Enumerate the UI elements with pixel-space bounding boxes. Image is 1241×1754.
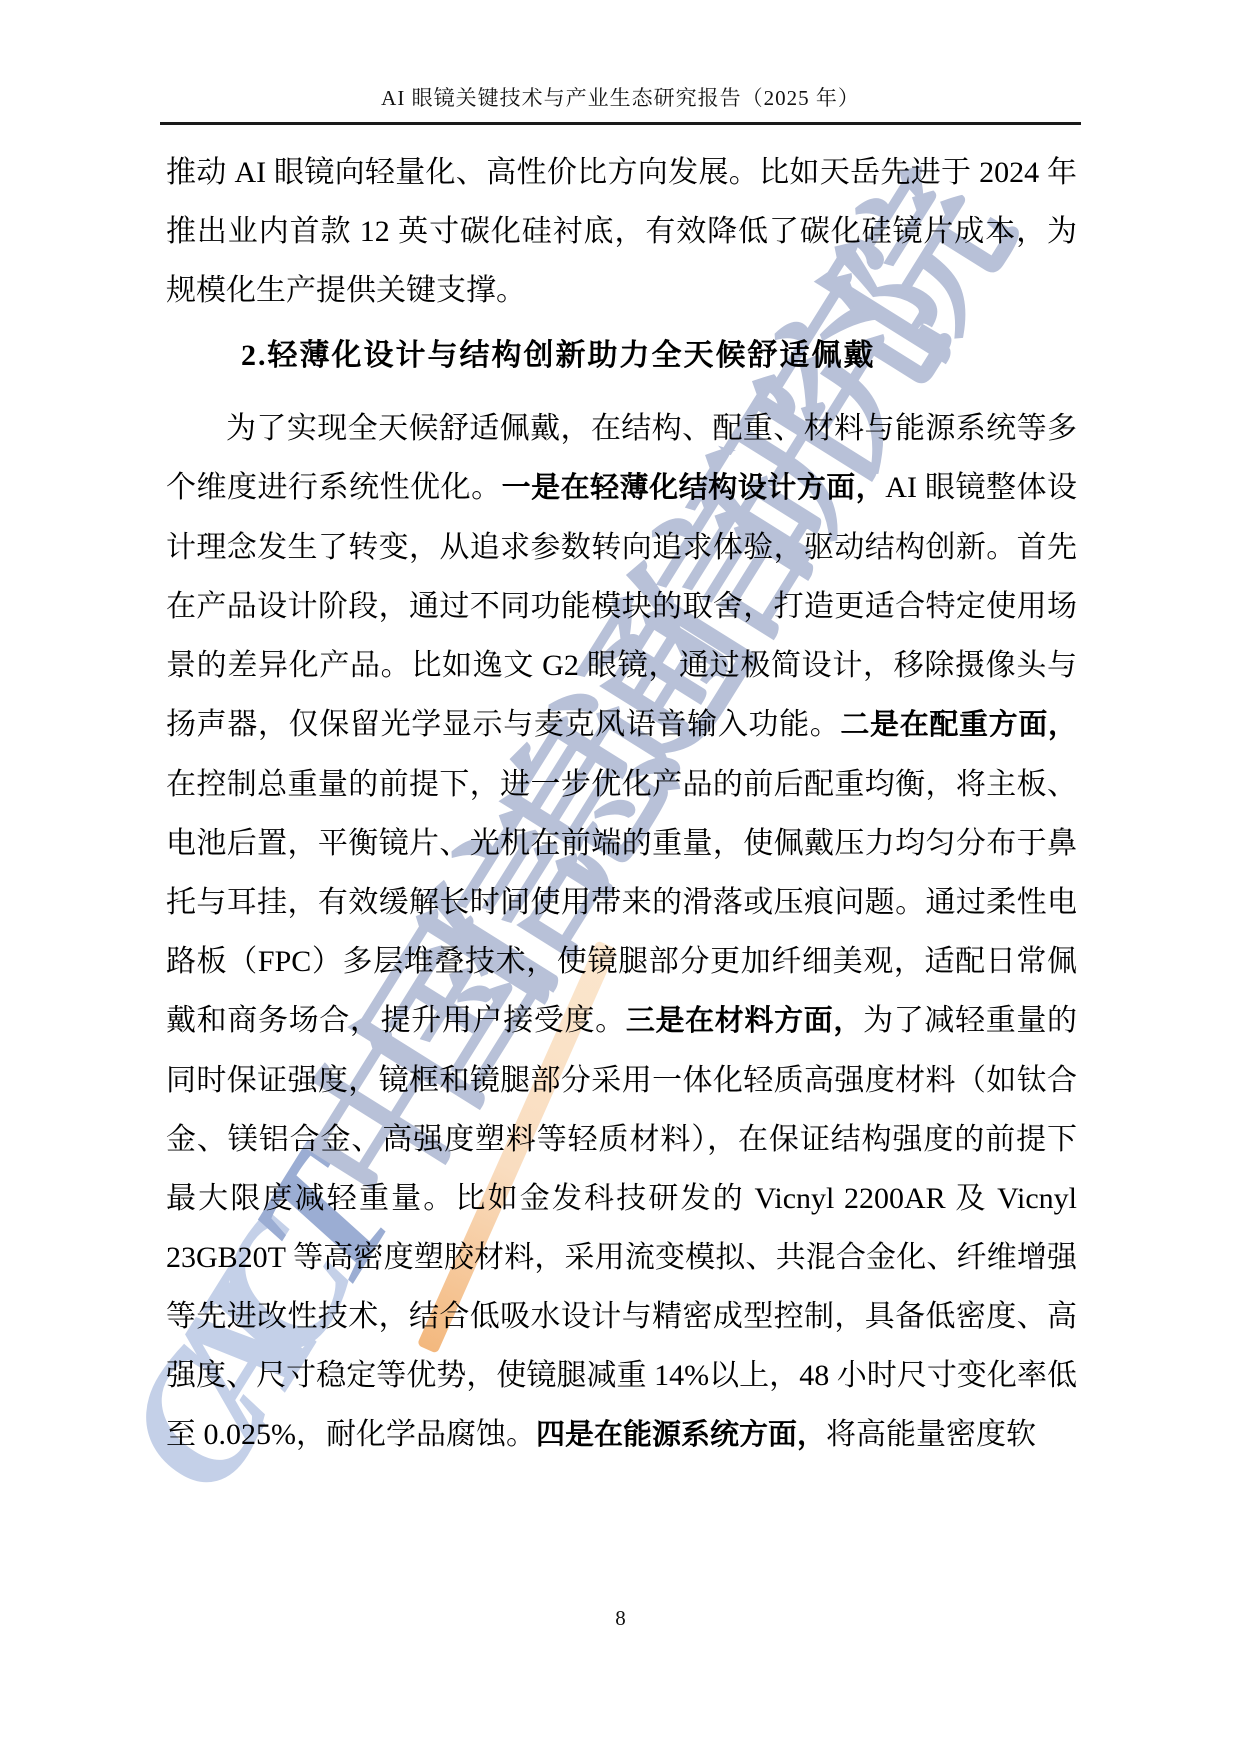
page-header: AI 眼镜关键技术与产业生态研究报告（2025 年） [160,0,1081,125]
text-run: 为了减轻重量的同时保证强度，镜框和镜腿部分采用一体化轻质高强度材料（如钛合金、镁… [166,1004,1077,1451]
emphasis-run: 四是在能源系统方面， [536,1419,826,1451]
text-run: 在控制总重量的前提下，进一步优化产品的前后配重均衡，将主板、电池后置，平衡镜片、… [166,768,1077,1037]
text-run: 将高能量密度软 [826,1418,1036,1451]
paragraph: 为了实现全天候舒适佩戴，在结构、配重、材料与能源系统等多个维度进行系统性优化。一… [166,399,1077,1465]
page-footer: 8 [0,1606,1241,1631]
section-heading: 2.轻薄化设计与结构创新助力全天候舒适佩戴 [166,326,1077,385]
text-run: 推动 AI 眼镜向轻量化、高性价比方向发展。比如天岳先进于 2024 年推出业内… [166,156,1077,307]
page-number: 8 [615,1606,626,1630]
header-title: AI 眼镜关键技术与产业生态研究报告（2025 年） [160,0,1081,125]
document-page: CAICT中国信息通信研究院 AI 眼镜关键技术与产业生态研究报告（2025 年… [0,0,1241,1754]
emphasis-run: 三是在材料方面， [626,1005,863,1037]
emphasis-run: 二是在配重方面， [840,709,1077,741]
text-run: AI 眼镜整体设计理念发生了转变，从追求参数转向追求体验，驱动结构创新。首先在产… [166,471,1077,741]
document-body: 推动 AI 眼镜向轻量化、高性价比方向发展。比如天岳先进于 2024 年推出业内… [166,143,1077,1465]
paragraph: 推动 AI 眼镜向轻量化、高性价比方向发展。比如天岳先进于 2024 年推出业内… [166,143,1077,320]
emphasis-run: 一是在轻薄化结构设计方面， [502,472,886,504]
